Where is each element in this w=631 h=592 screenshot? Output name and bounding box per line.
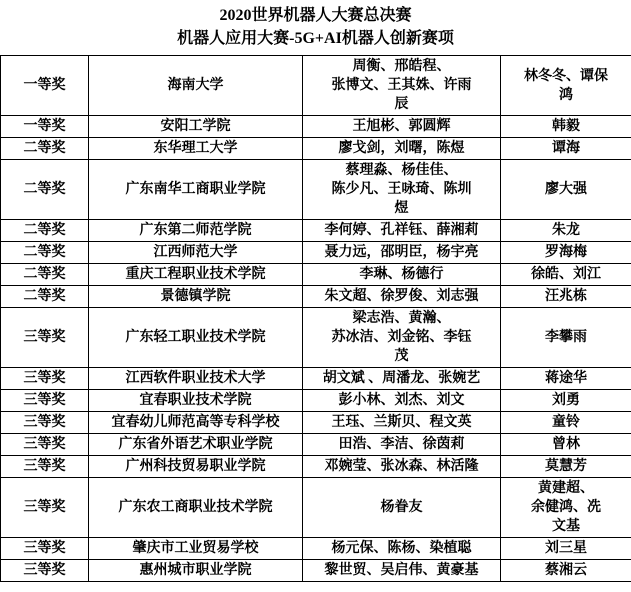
school-cell: 惠州城市职业学院 (89, 560, 303, 582)
school-cell: 东华理工大学 (89, 138, 303, 160)
members-cell: 廖戈剑，刘曙，陈煜 (303, 138, 501, 160)
school-cell: 广东南华工商职业学院 (89, 160, 303, 220)
members-cell: 梁志浩、黄瀚、 苏冰洁、刘金铭、李钰 茂 (303, 308, 501, 368)
members-cell: 王珏、兰斯贝、程文英 (303, 412, 501, 434)
school-cell: 广东省外语艺术职业学院 (89, 434, 303, 456)
title-block: 2020世界机器人大赛总决赛 机器人应用大赛-5G+AI机器人创新赛项 (0, 0, 631, 50)
award-cell: 三等奖 (1, 368, 89, 390)
members-cell: 王旭彬、郭圆辉 (303, 116, 501, 138)
school-cell: 广东轻工职业技术学院 (89, 308, 303, 368)
members-cell: 彭小林、刘杰、刘文 (303, 390, 501, 412)
table-row: 三等奖 广东省外语艺术职业学院 田浩、李洁、徐茵莉 曾林 (1, 434, 631, 456)
school-cell: 江西师范大学 (89, 242, 303, 264)
page-title-line1: 2020世界机器人大赛总决赛 (0, 4, 631, 27)
award-cell: 三等奖 (1, 478, 89, 538)
members-cell: 胡文斌 、周潘龙、张婉艺 (303, 368, 501, 390)
award-cell: 二等奖 (1, 160, 89, 220)
members-cell: 李琳、杨德行 (303, 264, 501, 286)
members-cell: 李何婷、孔祥钰、薛湘莉 (303, 220, 501, 242)
award-cell: 二等奖 (1, 264, 89, 286)
members-cell: 田浩、李洁、徐茵莉 (303, 434, 501, 456)
teachers-cell: 韩毅 (501, 116, 631, 138)
award-cell: 三等奖 (1, 434, 89, 456)
members-cell: 杨元保、陈杨、染植聪 (303, 538, 501, 560)
teachers-cell: 罗海梅 (501, 242, 631, 264)
teachers-cell: 刘三星 (501, 538, 631, 560)
school-cell: 广州科技贸易职业学院 (89, 456, 303, 478)
award-cell: 三等奖 (1, 560, 89, 582)
award-cell: 二等奖 (1, 220, 89, 242)
page-title-line2: 机器人应用大赛-5G+AI机器人创新赛项 (0, 27, 631, 50)
teachers-cell: 李攀雨 (501, 308, 631, 368)
teachers-cell: 朱龙 (501, 220, 631, 242)
teachers-cell: 廖大强 (501, 160, 631, 220)
school-cell: 景德镇学院 (89, 286, 303, 308)
teachers-cell: 蔡湘云 (501, 560, 631, 582)
members-cell: 杨眷友 (303, 478, 501, 538)
table-row: 二等奖 广东第二师范学院 李何婷、孔祥钰、薛湘莉 朱龙 (1, 220, 631, 242)
teachers-cell: 汪兆栋 (501, 286, 631, 308)
school-cell: 肇庆市工业贸易学校 (89, 538, 303, 560)
teachers-cell: 谭海 (501, 138, 631, 160)
table-row: 三等奖 肇庆市工业贸易学校 杨元保、陈杨、染植聪 刘三星 (1, 538, 631, 560)
table-row: 一等奖 安阳工学院 王旭彬、郭圆辉 韩毅 (1, 116, 631, 138)
award-cell: 三等奖 (1, 308, 89, 368)
award-cell: 三等奖 (1, 390, 89, 412)
school-cell: 广东第二师范学院 (89, 220, 303, 242)
school-cell: 重庆工程职业技术学院 (89, 264, 303, 286)
results-table: 一等奖 海南大学 周衡、邢皓程、 张博文、王其姝、许雨 辰 林冬冬、谭保 鸿 一… (0, 55, 631, 582)
members-cell: 蔡理淼、杨佳佳、 陈少凡、王咏琦、陈圳 煜 (303, 160, 501, 220)
teachers-cell: 曾林 (501, 434, 631, 456)
award-cell: 二等奖 (1, 286, 89, 308)
table-row: 二等奖 江西师范大学 聂力远，邵明臣，杨宇亮 罗海梅 (1, 242, 631, 264)
award-cell: 一等奖 (1, 116, 89, 138)
members-cell: 朱文超、徐罗俊、刘志强 (303, 286, 501, 308)
table-row: 二等奖 广东南华工商职业学院 蔡理淼、杨佳佳、 陈少凡、王咏琦、陈圳 煜 廖大强 (1, 160, 631, 220)
award-cell: 三等奖 (1, 538, 89, 560)
table-row: 二等奖 重庆工程职业技术学院 李琳、杨德行 徐皓、刘江 (1, 264, 631, 286)
table-row: 三等奖 江西软件职业技术大学 胡文斌 、周潘龙、张婉艺 蒋途华 (1, 368, 631, 390)
school-cell: 广东农工商职业技术学院 (89, 478, 303, 538)
table-row: 三等奖 广东轻工职业技术学院 梁志浩、黄瀚、 苏冰洁、刘金铭、李钰 茂 李攀雨 (1, 308, 631, 368)
table-row: 三等奖 广东农工商职业技术学院 杨眷友 黄建超、 余健鸿、冼 文基 (1, 478, 631, 538)
award-cell: 二等奖 (1, 242, 89, 264)
school-cell: 江西软件职业技术大学 (89, 368, 303, 390)
award-cell: 一等奖 (1, 56, 89, 116)
award-cell: 三等奖 (1, 412, 89, 434)
table-row: 三等奖 惠州城市职业学院 黎世贸、吴启伟、黄豪基 蔡湘云 (1, 560, 631, 582)
award-cell: 三等奖 (1, 456, 89, 478)
members-cell: 邓婉莹、张冰森、林活隆 (303, 456, 501, 478)
table-row: 二等奖 东华理工大学 廖戈剑，刘曙，陈煜 谭海 (1, 138, 631, 160)
school-cell: 海南大学 (89, 56, 303, 116)
table-row: 三等奖 广州科技贸易职业学院 邓婉莹、张冰森、林活隆 莫慧芳 (1, 456, 631, 478)
page: 2020世界机器人大赛总决赛 机器人应用大赛-5G+AI机器人创新赛项 一等奖 … (0, 0, 631, 592)
teachers-cell: 蒋途华 (501, 368, 631, 390)
teachers-cell: 林冬冬、谭保 鸿 (501, 56, 631, 116)
teachers-cell: 黄建超、 余健鸿、冼 文基 (501, 478, 631, 538)
teachers-cell: 童铃 (501, 412, 631, 434)
table-row: 二等奖 景德镇学院 朱文超、徐罗俊、刘志强 汪兆栋 (1, 286, 631, 308)
school-cell: 安阳工学院 (89, 116, 303, 138)
teachers-cell: 刘勇 (501, 390, 631, 412)
members-cell: 黎世贸、吴启伟、黄豪基 (303, 560, 501, 582)
school-cell: 宜春职业技术学院 (89, 390, 303, 412)
award-cell: 二等奖 (1, 138, 89, 160)
table-row: 三等奖 宜春职业技术学院 彭小林、刘杰、刘文 刘勇 (1, 390, 631, 412)
teachers-cell: 莫慧芳 (501, 456, 631, 478)
members-cell: 聂力远，邵明臣，杨宇亮 (303, 242, 501, 264)
table-row: 三等奖 宜春幼儿师范高等专科学校 王珏、兰斯贝、程文英 童铃 (1, 412, 631, 434)
table-row: 一等奖 海南大学 周衡、邢皓程、 张博文、王其姝、许雨 辰 林冬冬、谭保 鸿 (1, 56, 631, 116)
results-table-body: 一等奖 海南大学 周衡、邢皓程、 张博文、王其姝、许雨 辰 林冬冬、谭保 鸿 一… (1, 56, 631, 582)
school-cell: 宜春幼儿师范高等专科学校 (89, 412, 303, 434)
teachers-cell: 徐皓、刘江 (501, 264, 631, 286)
members-cell: 周衡、邢皓程、 张博文、王其姝、许雨 辰 (303, 56, 501, 116)
